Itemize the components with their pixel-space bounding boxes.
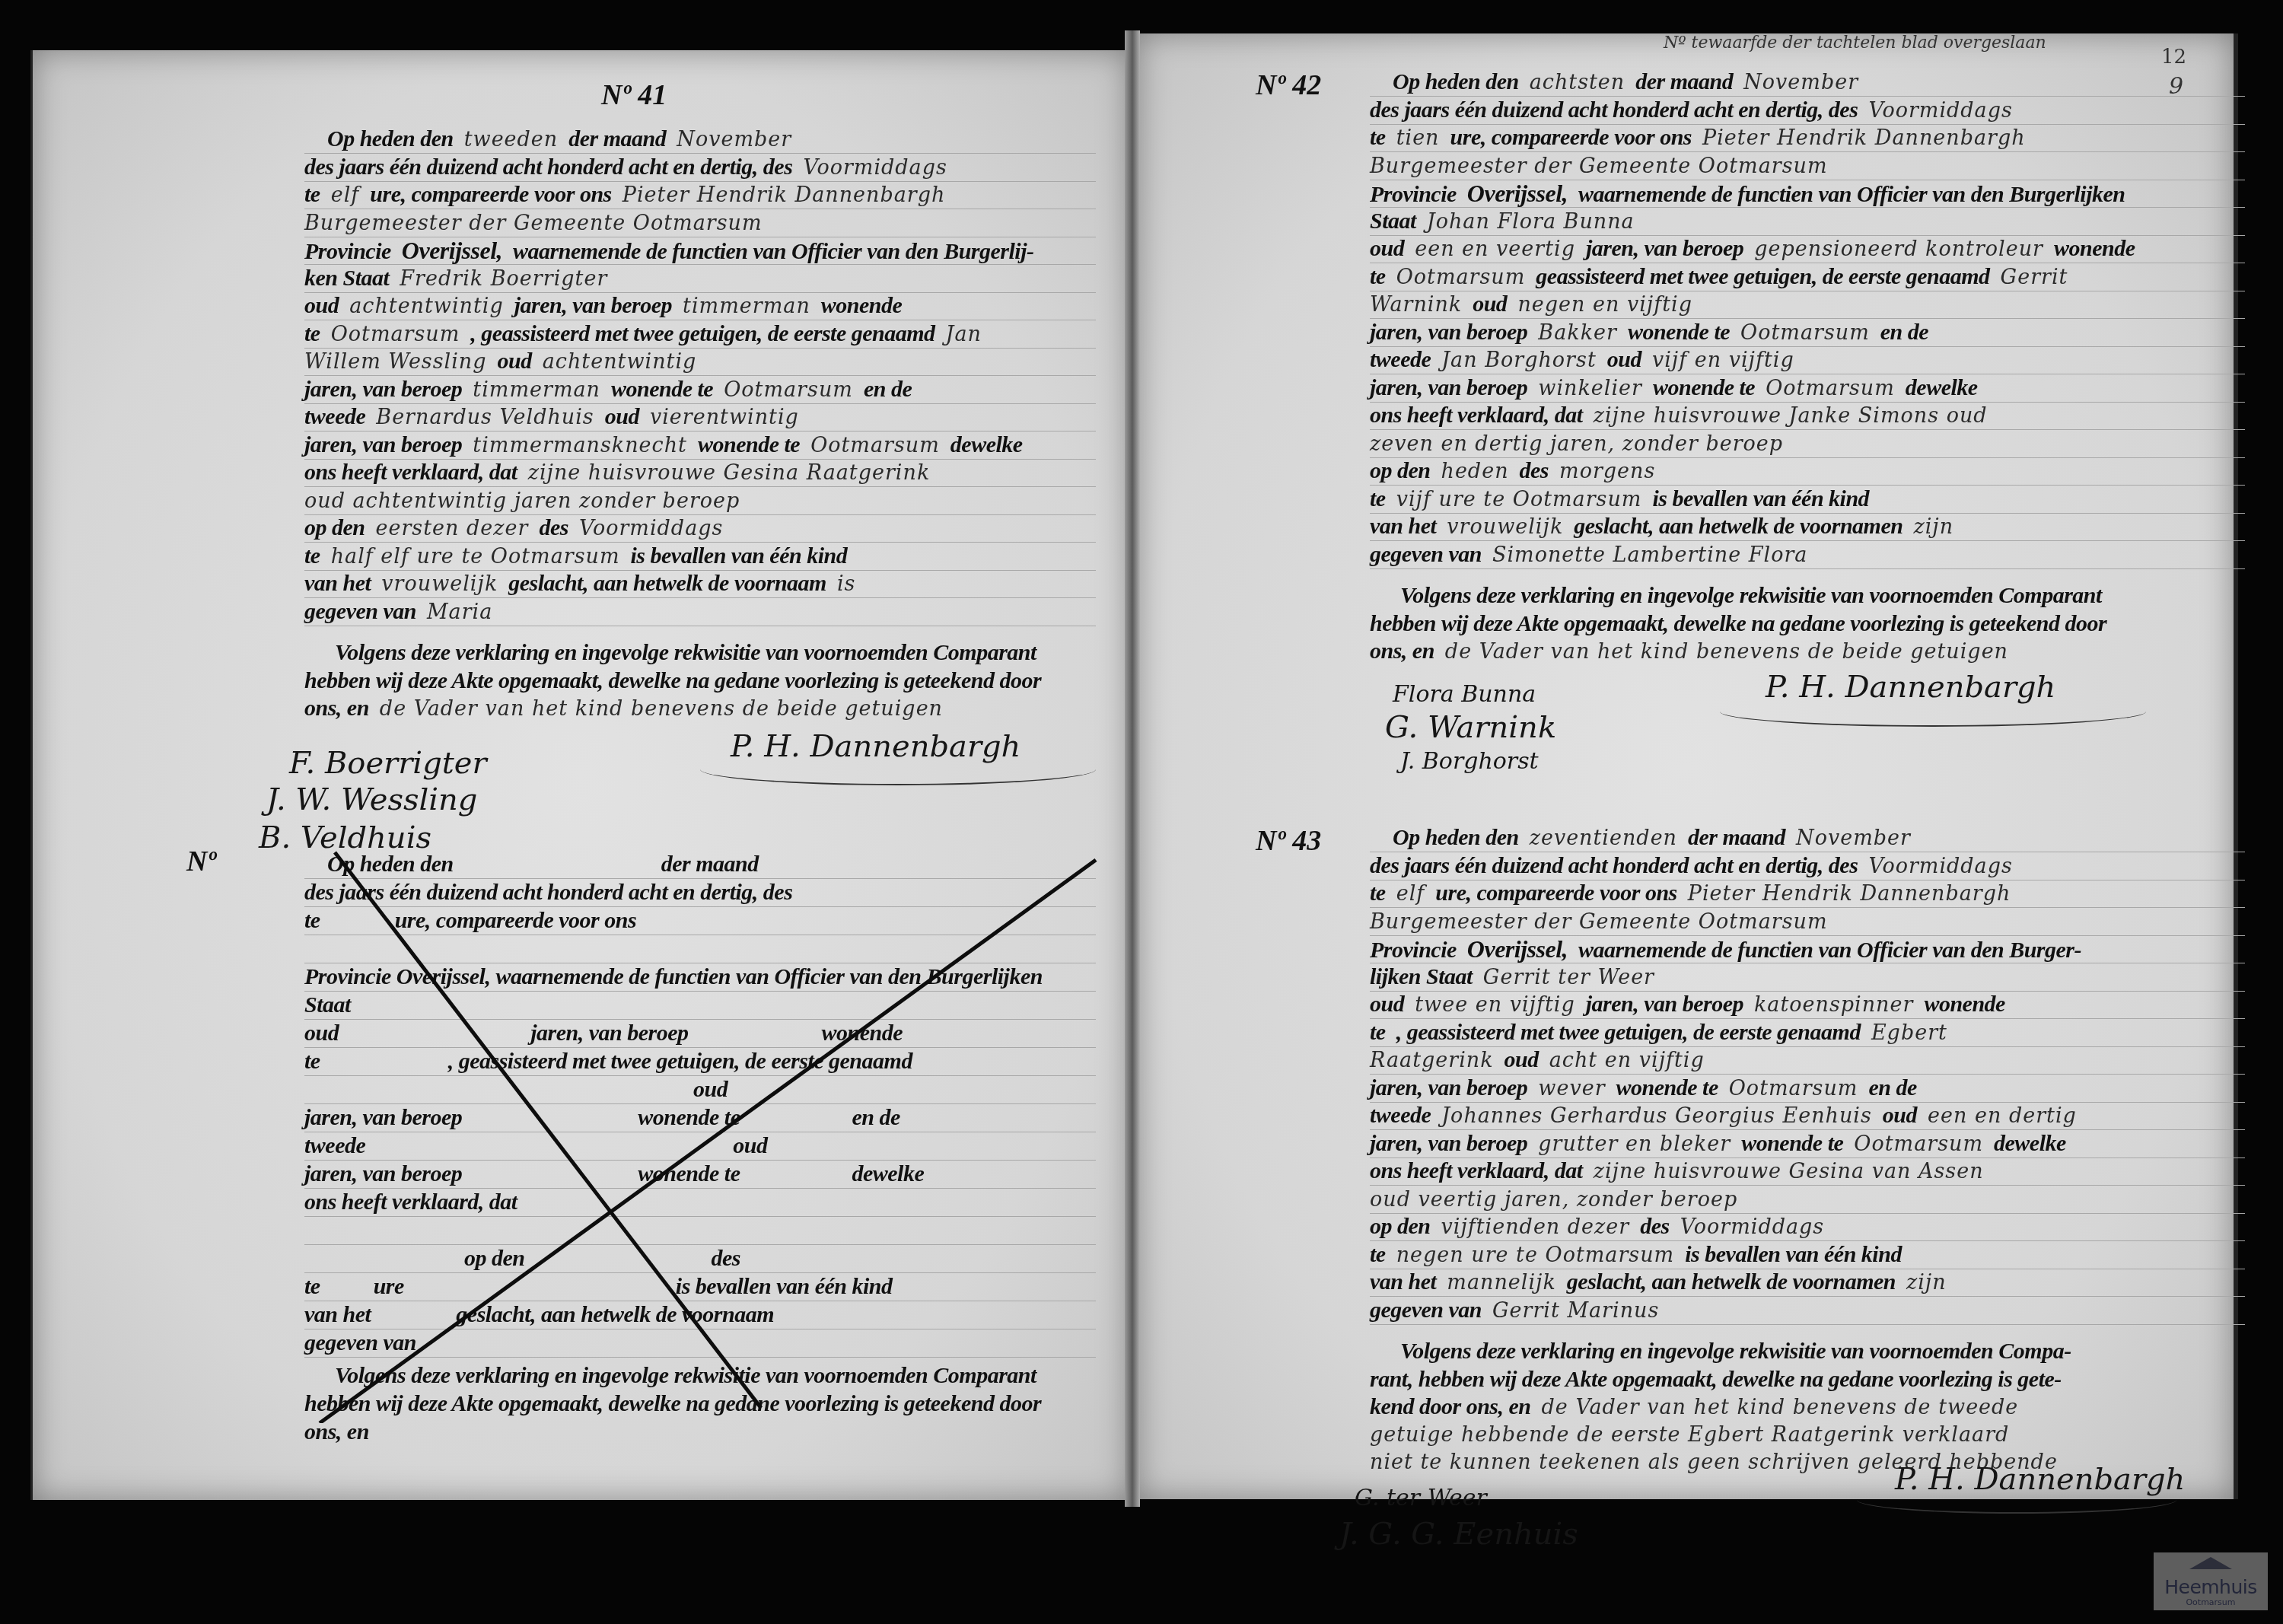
printed-text: waarnemende de functien van Officier van… <box>1578 938 2081 963</box>
printed-text: geslacht, aan hetwelk de voornaam <box>508 571 826 596</box>
printed-text: van het <box>304 571 371 596</box>
record-41-line: jaren, van beroeptimmermansknechtwonende… <box>304 431 1033 460</box>
handwritten-entry: Gerrit ter Weer <box>1483 966 1654 989</box>
folio-number: 9 <box>2169 73 2183 100</box>
witness-signature: J. G. G. Eenhuis <box>1339 1517 1578 1552</box>
blank-record-number: Nº <box>186 845 216 878</box>
ruled-line <box>304 1216 1096 1217</box>
blank-record-line: Provincie Overijssel, waarnemende de fun… <box>304 963 1043 991</box>
record-42-line: Op heden denachtstender maandNovember <box>1393 68 1869 97</box>
record-42-line: StaatJohan Flora Bunna <box>1370 208 1645 236</box>
printed-text: des jaars één duizend acht honderd acht … <box>1370 853 1858 878</box>
blank-record-line: ons heeft verklaard, dat <box>304 1189 517 1216</box>
handwritten-entry: acht en vijftig <box>1549 1049 1705 1072</box>
blank-record-line: des jaars één duizend acht honderd acht … <box>304 879 792 906</box>
record-43-line: oudtwee en vijftigjaren, van beroepkatoe… <box>1370 991 2016 1019</box>
handwritten-entry: elf <box>1396 882 1425 906</box>
record-42-number: Nº 42 <box>1256 68 1321 102</box>
handwritten-entry: Voormiddags <box>1868 855 2012 878</box>
printed-text: jaren, van beroep <box>1370 1131 1527 1156</box>
record-43-line: jaren, van beroepweverwonende teOotmarsu… <box>1370 1075 1928 1103</box>
printed-text: oud <box>1370 992 1404 1017</box>
printed-text: der maand <box>568 126 666 151</box>
handwritten-entry: Ootmarsum <box>810 434 940 457</box>
record-43-line: te, geassisteerd met twee getuigen, de e… <box>1370 1019 1958 1047</box>
printed-text: ons heeft verklaard, dat <box>1370 403 1583 428</box>
witness-signature: G. ter Weer <box>1355 1485 1487 1511</box>
handwritten-entry: winkelier <box>1538 377 1642 400</box>
record-41-line: oudachtentwintigjaren, van beroeptimmerm… <box>304 292 912 320</box>
blank-record-closing: hebben wij deze Akte opgemaakt, dewelke … <box>304 1390 1041 1418</box>
record-41-line: jaren, van beroeptimmermanwonende teOotm… <box>304 376 922 404</box>
handwritten-entry: de Vader van het kind benevens de tweede <box>1542 1396 2019 1419</box>
blank-record-line: op den des <box>304 1245 740 1272</box>
witness-signature: F. Boerrigter <box>289 746 487 781</box>
printed-text: des <box>1640 1214 1670 1239</box>
handwritten-entry: zeventienden <box>1530 826 1677 850</box>
printed-text: tweede <box>1370 1103 1431 1128</box>
handwritten-entry: Egbert <box>1871 1021 1947 1045</box>
printed-text: wonende te <box>1653 375 1755 400</box>
record-43-line: Op heden denzeventiendender maandNovembe… <box>1393 824 1922 852</box>
record-42-line: jaren, van beroepBakkerwonende teOotmars… <box>1370 319 1939 347</box>
printed-text: te <box>304 182 320 207</box>
printed-text: ure, compareerde voor ons <box>370 182 611 207</box>
record-41-line: gegeven vanMaria <box>304 598 503 626</box>
handwritten-entry: is <box>837 572 856 596</box>
printed-text: Provincie <box>304 239 391 264</box>
handwritten-entry: negen en vijftig <box>1517 293 1692 317</box>
printed-text: jaren, van beroep <box>1586 992 1743 1017</box>
blank-record-closing: Volgens deze verklaring en ingevolge rek… <box>335 1362 1036 1390</box>
blank-record-line: te ure is bevallen van één kind <box>304 1273 892 1301</box>
handwritten-entry: elf <box>331 183 360 207</box>
printed-text: jaren, van beroep <box>1370 320 1527 345</box>
record-42-closing: hebben wij deze Akte opgemaakt, dewelke … <box>1370 610 2106 638</box>
ruled-line <box>304 935 1096 935</box>
handwritten-entry: Bakker <box>1538 321 1617 345</box>
record-41-closing: Volgens deze verklaring en ingevolge rek… <box>335 639 1036 667</box>
handwritten-entry: vijf en vijftig <box>1652 349 1794 372</box>
handwritten-entry: Ootmarsum <box>1740 321 1870 345</box>
handwritten-entry: oud veertig jaren, zonder beroep <box>1370 1188 1737 1212</box>
printed-text: te <box>1370 1020 1386 1045</box>
printed-text: Staat <box>1370 209 1416 234</box>
printed-text: oud <box>605 404 639 429</box>
watermark-subtitle: Ootmarsum <box>2186 1597 2235 1608</box>
record-41-line: tweedeBernardus Veldhuisoudvierentwintig <box>304 403 810 431</box>
printed-text: tweede <box>304 404 365 429</box>
handwritten-entry: Ootmarsum <box>1396 266 1526 289</box>
handwritten-entry: November <box>1743 71 1858 94</box>
handwritten-entry: Jan <box>946 323 982 346</box>
handwritten-entry: Ootmarsum <box>1729 1077 1858 1100</box>
printed-text: Op heden den <box>327 126 454 151</box>
printed-text: is bevallen van één kind <box>1652 486 1869 511</box>
record-42-line: op denhedendesmorgens <box>1370 457 1666 486</box>
blank-record-closing: ons, en <box>304 1419 369 1446</box>
printed-text: te <box>1370 264 1386 289</box>
handwritten-entry: tweeden <box>464 128 559 151</box>
printed-text: des <box>1520 458 1549 483</box>
record-43-line: tenegen ure te Ootmarsumis bevallen van … <box>1370 1241 1912 1269</box>
blank-record-line: jaren, van beroep wonende te en de <box>304 1104 900 1132</box>
handwritten-entry: Gerrit Marinus <box>1492 1299 1659 1323</box>
record-42-line: Burgemeester der Gemeente Ootmarsum <box>1370 152 1839 180</box>
handwritten-entry: twee en vijftig <box>1415 993 1575 1017</box>
record-43-line: tweedeJohannes Gerhardus Georgius Eenhui… <box>1370 1102 2087 1130</box>
record-41-line: des jaars één duizend acht honderd acht … <box>304 154 958 182</box>
printed-text: oud <box>1607 347 1641 372</box>
printed-text: wonende <box>2054 236 2135 261</box>
printed-text: , geassisteerd met twee getuigen, de eer… <box>470 321 935 346</box>
handwritten-entry: Ootmarsum <box>331 323 460 346</box>
handwritten-entry: oud achtentwintig jaren zonder beroep <box>304 489 740 513</box>
handwritten-entry: timmerman <box>473 378 600 402</box>
ruled-line <box>304 991 1096 992</box>
witness-signature: B. Veldhuis <box>259 820 431 855</box>
printed-text: van het <box>1370 1269 1436 1294</box>
printed-text: te <box>1370 880 1386 906</box>
record-42-line: tweedeJan Borghorstoudvijf en vijftig <box>1370 346 1805 374</box>
printed-text: te <box>304 321 320 346</box>
handwritten-entry: Burgemeester der Gemeente Ootmarsum <box>1370 154 1828 178</box>
printed-text: ken Staat <box>304 266 389 291</box>
record-42-line: des jaars één duizend acht honderd acht … <box>1370 97 2023 125</box>
printed-text: dewelke <box>1906 375 1978 400</box>
ruled-line <box>304 1329 1096 1329</box>
printed-text: Op heden den <box>1393 69 1519 94</box>
handwritten-entry: zijne huisvrouwe Gesina van Assen <box>1594 1160 1984 1183</box>
printed-text: dewelke <box>1994 1131 2066 1156</box>
witness-signature: Flora Bunna <box>1393 681 1536 708</box>
handwritten-entry: Johannes Gerhardus Georgius Eenhuis <box>1441 1104 1872 1128</box>
record-42-line: ons heeft verklaard, datzijne huisvrouwe… <box>1370 402 1998 430</box>
printed-text: te <box>1370 125 1386 150</box>
record-42-line: van hetvrouwelijkgeslacht, aan hetwelk d… <box>1370 513 1964 541</box>
record-43-line: ons heeft verklaard, datzijne huisvrouwe… <box>1370 1157 1995 1186</box>
handwritten-entry: de Vader van het kind benevens de beide … <box>380 697 943 721</box>
printed-text: ons, en <box>304 696 369 721</box>
blank-record-line: oud jaren, van beroep wonende <box>304 1020 903 1047</box>
printed-text: Overijssel, <box>402 237 502 264</box>
record-43-line: van hetmannelijkgeslacht, aan hetwelk de… <box>1370 1269 1957 1297</box>
handwritten-entry: Voormiddags <box>1680 1215 1824 1239</box>
handwritten-entry: half elf ure te Ootmarsum <box>331 545 620 568</box>
blank-record-line: tweede oud <box>304 1132 767 1160</box>
record-43-closing-extra: getuige hebbende de eerste Egbert Raatge… <box>1370 1422 2009 1449</box>
handwritten-entry: negen ure te Ootmarsum <box>1396 1243 1675 1267</box>
handwritten-entry: Jan Borghorst <box>1441 349 1596 372</box>
record-41-number: Nº 41 <box>601 78 667 112</box>
handwritten-entry: zijn <box>1906 1271 1947 1294</box>
printed-text: wonende <box>1924 992 2005 1017</box>
printed-text: te <box>304 543 320 568</box>
handwritten-entry: Ootmarsum <box>1766 377 1895 400</box>
record-43-line: lijken StaatGerrit ter Weer <box>1370 963 1665 992</box>
printed-text: waarnemende de functien van Officier van… <box>513 239 1033 264</box>
blank-record-line: gegeven van <box>304 1329 416 1357</box>
record-43-closing: rant, hebben wij deze Akte opgemaakt, de… <box>1370 1366 2062 1393</box>
printed-text: is bevallen van één kind <box>631 543 848 568</box>
printed-text: des jaars één duizend acht honderd acht … <box>304 154 792 180</box>
record-43-line: teelfure, compareerde voor onsPieter Hen… <box>1370 880 2021 908</box>
printed-text: wonende te <box>1741 1131 1843 1156</box>
record-41-line: ons heeft verklaard, datzijne huisvrouwe… <box>304 459 941 487</box>
witness-signature: J. Borghorst <box>1400 748 1539 775</box>
printed-text: gegeven van <box>1370 542 1482 567</box>
handwritten-entry: Simonette Lambertine Flora <box>1492 543 1807 567</box>
handwritten-entry: gepensioneerd kontroleur <box>1754 237 2043 261</box>
printed-text: gegeven van <box>1370 1298 1482 1323</box>
printed-text: oud <box>498 349 532 374</box>
heemhuis-watermark: Heemhuis Ootmarsum <box>2154 1552 2268 1610</box>
printed-text: en de <box>1868 1075 1916 1100</box>
printed-text: geslacht, aan hetwelk de voornamen <box>1567 1269 1896 1294</box>
signature-flourish <box>700 753 1096 785</box>
printed-text: ons heeft verklaard, dat <box>1370 1158 1583 1183</box>
printed-text: dewelke <box>950 432 1023 457</box>
witness-signature: J. W. Wessling <box>266 782 477 817</box>
printed-text: en de <box>1880 320 1928 345</box>
printed-text: geassisteerd met twee getuigen, de eerst… <box>1536 264 1989 289</box>
printed-text: des <box>539 515 568 540</box>
handwritten-entry: Bernardus Veldhuis <box>376 406 594 429</box>
house-roof-icon <box>2189 1557 2232 1569</box>
witness-signature: G. Warnink <box>1385 710 1556 745</box>
handwritten-entry: Pieter Hendrik Dannenbargh <box>1702 126 2026 150</box>
printed-text: jaren, van beroep <box>304 432 462 457</box>
printed-text: des jaars één duizend acht honderd acht … <box>1370 97 1858 123</box>
record-42-line: ProvincieOverijssel,waarnemende de funct… <box>1370 180 2136 209</box>
signature-flourish <box>1857 1486 2176 1514</box>
signature-flourish <box>1720 696 2146 727</box>
handwritten-entry: vijf ure te Ootmarsum <box>1396 488 1642 511</box>
printed-text: oud <box>304 293 339 318</box>
top-margin-note: Nº tewaarfde der tachtelen blad overgesl… <box>1664 33 2046 53</box>
watermark-title: Heemhuis <box>2164 1578 2257 1597</box>
printed-text: geslacht, aan hetwelk de voornamen <box>1574 514 1902 539</box>
page-number: 12 <box>2161 46 2186 68</box>
handwritten-entry: zijn <box>1913 515 1953 539</box>
printed-text: der maand <box>1688 825 1785 850</box>
handwritten-entry: vrouwelijk <box>381 572 498 596</box>
handwritten-entry: November <box>1796 826 1911 850</box>
printed-text: waarnemende de functien van Officier van… <box>1578 182 2125 207</box>
handwritten-entry: zeven en dertig jaren, zonder beroep <box>1370 432 1783 456</box>
printed-text: wonende <box>821 293 903 318</box>
handwritten-entry: achtentwintig <box>349 295 504 318</box>
handwritten-entry: de Vader van het kind benevens de beide … <box>1445 640 2008 664</box>
record-43-line: oud veertig jaren, zonder beroep <box>1370 1186 1748 1214</box>
record-43-closing-last: kend door ons, ende Vader van het kind b… <box>1370 1393 2029 1422</box>
printed-text: te <box>1370 1242 1386 1267</box>
printed-text: is bevallen van één kind <box>1685 1242 1902 1267</box>
printed-text: der maand <box>1635 69 1733 94</box>
handwritten-entry: vierentwintig <box>650 406 799 429</box>
printed-text: oud <box>1473 291 1507 317</box>
record-42-line: teOotmarsumgeassisteerd met twee getuige… <box>1370 263 2078 291</box>
handwritten-entry: Warnink <box>1370 293 1462 317</box>
printed-text: en de <box>864 377 912 402</box>
record-43-line: des jaars één duizend acht honderd acht … <box>1370 852 2023 880</box>
record-41-line: teelfure, compareerde voor onsPieter Hen… <box>304 181 956 209</box>
record-43-line: Burgemeester der Gemeente Ootmarsum <box>1370 908 1839 936</box>
record-41-line: ken StaatFredrik Boerrigter <box>304 265 618 293</box>
printed-text: op den <box>1370 458 1431 483</box>
handwritten-entry: November <box>677 128 791 151</box>
record-43-line: ProvincieOverijssel,waarnemende de funct… <box>1370 935 2092 964</box>
printed-text: ons heeft verklaard, dat <box>304 460 517 485</box>
record-42-line: Warninkoudnegen en vijftig <box>1370 291 1703 319</box>
record-41-line: Op heden dentweedender maandNovember <box>327 126 802 154</box>
record-42-line: jaren, van beroepwinkelierwonende teOotm… <box>1370 374 1988 403</box>
handwritten-entry: Ootmarsum <box>1854 1132 1983 1156</box>
printed-text: van het <box>1370 514 1436 539</box>
printed-text: oud <box>1883 1103 1917 1128</box>
handwritten-entry: zijne huisvrouwe Gesina Raatgerink <box>528 461 931 485</box>
handwritten-entry: timmerman <box>683 295 810 318</box>
printed-text: Overijssel, <box>1467 935 1568 963</box>
handwritten-entry: morgens <box>1559 460 1655 483</box>
handwritten-entry: Burgemeester der Gemeente Ootmarsum <box>304 212 763 235</box>
handwritten-entry: Voormiddags <box>803 156 947 180</box>
printed-text: op den <box>1370 1214 1431 1239</box>
record-41-line: ProvincieOverijssel,waarnemende de funct… <box>304 237 1045 266</box>
handwritten-entry: mannelijk <box>1447 1271 1555 1294</box>
ruled-line <box>304 1357 1096 1358</box>
printed-text: jaren, van beroep <box>1586 236 1743 261</box>
printed-text: Overijssel, <box>1467 180 1568 207</box>
printed-text: Op heden den <box>1393 825 1519 850</box>
handwritten-entry: eersten dezer <box>376 517 529 540</box>
handwritten-entry: Pieter Hendrik Dannenbargh <box>1688 882 2011 906</box>
record-41-line: op deneersten dezerdesVoormiddags <box>304 514 734 543</box>
record-42-line: zeven en dertig jaren, zonder beroep <box>1370 430 1794 458</box>
record-42-closing-last: ons, ende Vader van het kind benevens de… <box>1370 638 2019 666</box>
record-41-line: Willem Wesslingoudachtentwintig <box>304 348 707 376</box>
printed-text: jaren, van beroep <box>1370 1075 1527 1100</box>
handwritten-entry: Fredrik Boerrigter <box>400 267 607 291</box>
printed-text: ure, compareerde voor ons <box>1435 880 1676 906</box>
record-42-line: tevijf ure te Ootmarsumis bevallen van é… <box>1370 486 1880 514</box>
blank-record-line: Staat <box>304 992 351 1019</box>
handwritten-entry: achtentwintig <box>543 350 697 374</box>
handwritten-entry: vrouwelijk <box>1447 515 1563 539</box>
printed-text: tweede <box>1370 347 1431 372</box>
printed-text: gegeven van <box>304 599 416 624</box>
record-41-line: van hetvrouwelijkgeslacht, aan hetwelk d… <box>304 570 866 598</box>
handwritten-entry: Gerrit <box>2001 266 2068 289</box>
handwritten-entry: heden <box>1441 460 1509 483</box>
handwritten-entry: wever <box>1538 1077 1605 1100</box>
printed-text: lijken Staat <box>1370 964 1473 989</box>
record-42-line: oudeen en veertigjaren, van beroepgepens… <box>1370 235 2146 263</box>
record-43-line: op denvijftienden dezerdesVoormiddags <box>1370 1213 1835 1241</box>
printed-text: oud <box>1504 1047 1539 1072</box>
book-gutter <box>1125 30 1140 1507</box>
printed-text: jaren, van beroep <box>514 293 672 318</box>
printed-text: op den <box>304 515 365 540</box>
handwritten-entry: katoenspinner <box>1754 993 1913 1017</box>
handwritten-entry: Pieter Hendrik Dannenbargh <box>622 183 946 207</box>
handwritten-entry: Burgemeester der Gemeente Ootmarsum <box>1370 910 1828 934</box>
record-43-number: Nº 43 <box>1256 824 1321 858</box>
handwritten-entry: achtsten <box>1530 71 1625 94</box>
blank-record-line: oud <box>304 1076 728 1103</box>
record-43-line: jaren, van beroepgrutter en blekerwonend… <box>1370 1130 2077 1158</box>
handwritten-entry: Voormiddags <box>579 517 723 540</box>
record-41-line: teOotmarsum, geassisteerd met twee getui… <box>304 320 992 349</box>
printed-text: wonende te <box>611 377 713 402</box>
printed-text: ure, compareerde voor ons <box>1450 125 1692 150</box>
blank-record-line: Op heden den der maand <box>327 851 759 878</box>
handwritten-entry: Johan Flora Bunna <box>1427 210 1635 234</box>
handwritten-entry: timmermansknecht <box>473 434 687 457</box>
handwritten-entry: een en dertig <box>1928 1104 2077 1128</box>
printed-text: Provincie <box>1370 182 1457 207</box>
handwritten-entry: grutter en bleker <box>1538 1132 1731 1156</box>
record-41-line: Burgemeester der Gemeente Ootmarsum <box>304 209 773 237</box>
printed-text: jaren, van beroep <box>304 377 462 402</box>
record-43-line: Raatgerinkoudacht en vijftig <box>1370 1046 1715 1075</box>
handwritten-entry: Ootmarsum <box>724 378 853 402</box>
blank-record-line: te , geassisteerd met twee getuigen, de … <box>304 1048 912 1075</box>
record-42-line: gegeven vanSimonette Lambertine Flora <box>1370 541 1818 569</box>
printed-text: oud <box>1370 236 1404 261</box>
handwritten-entry: een en veertig <box>1415 237 1575 261</box>
blank-record-line: van het geslacht, aan hetwelk de voornaa… <box>304 1301 774 1329</box>
printed-text: wonende te <box>698 432 800 457</box>
handwritten-entry: zijne huisvrouwe Janke Simons oud <box>1594 404 1988 428</box>
handwritten-entry: vijftienden dezer <box>1441 1215 1630 1239</box>
record-41-closing-last: ons, ende Vader van het kind benevens de… <box>304 695 954 723</box>
record-41-closing: hebben wij deze Akte opgemaakt, dewelke … <box>304 667 1041 695</box>
record-41-line: oud achtentwintig jaren zonder beroep <box>304 487 750 515</box>
handwritten-entry: Maria <box>427 600 492 624</box>
record-43-line: gegeven vanGerrit Marinus <box>1370 1297 1670 1325</box>
record-42-line: tetienure, compareerde voor onsPieter He… <box>1370 124 2036 152</box>
printed-text: te <box>1370 486 1386 511</box>
handwritten-entry: Raatgerink <box>1370 1049 1494 1072</box>
record-41-line: tehalf elf ure te Ootmarsumis bevallen v… <box>304 543 858 571</box>
handwritten-entry: tien <box>1396 126 1440 150</box>
printed-text: wonende te <box>1628 320 1730 345</box>
printed-text: ons, en <box>1370 638 1434 664</box>
printed-text: Provincie <box>1370 938 1457 963</box>
printed-text: wonende te <box>1616 1075 1718 1100</box>
blank-record-line: jaren, van beroep wonende te dewelke <box>304 1161 924 1188</box>
printed-text: , geassisteerd met twee getuigen, de eer… <box>1396 1020 1861 1045</box>
printed-text: jaren, van beroep <box>1370 375 1527 400</box>
record-43-closing: Volgens deze verklaring en ingevolge rek… <box>1400 1338 2071 1365</box>
record-42-closing: Volgens deze verklaring en ingevolge rek… <box>1400 582 2102 610</box>
handwritten-entry: Willem Wessling <box>304 350 487 374</box>
blank-record-line: te ure, compareerde voor ons <box>304 907 636 935</box>
printed-text: kend door ons, en <box>1370 1394 1531 1419</box>
handwritten-entry: Voormiddags <box>1868 99 2012 123</box>
